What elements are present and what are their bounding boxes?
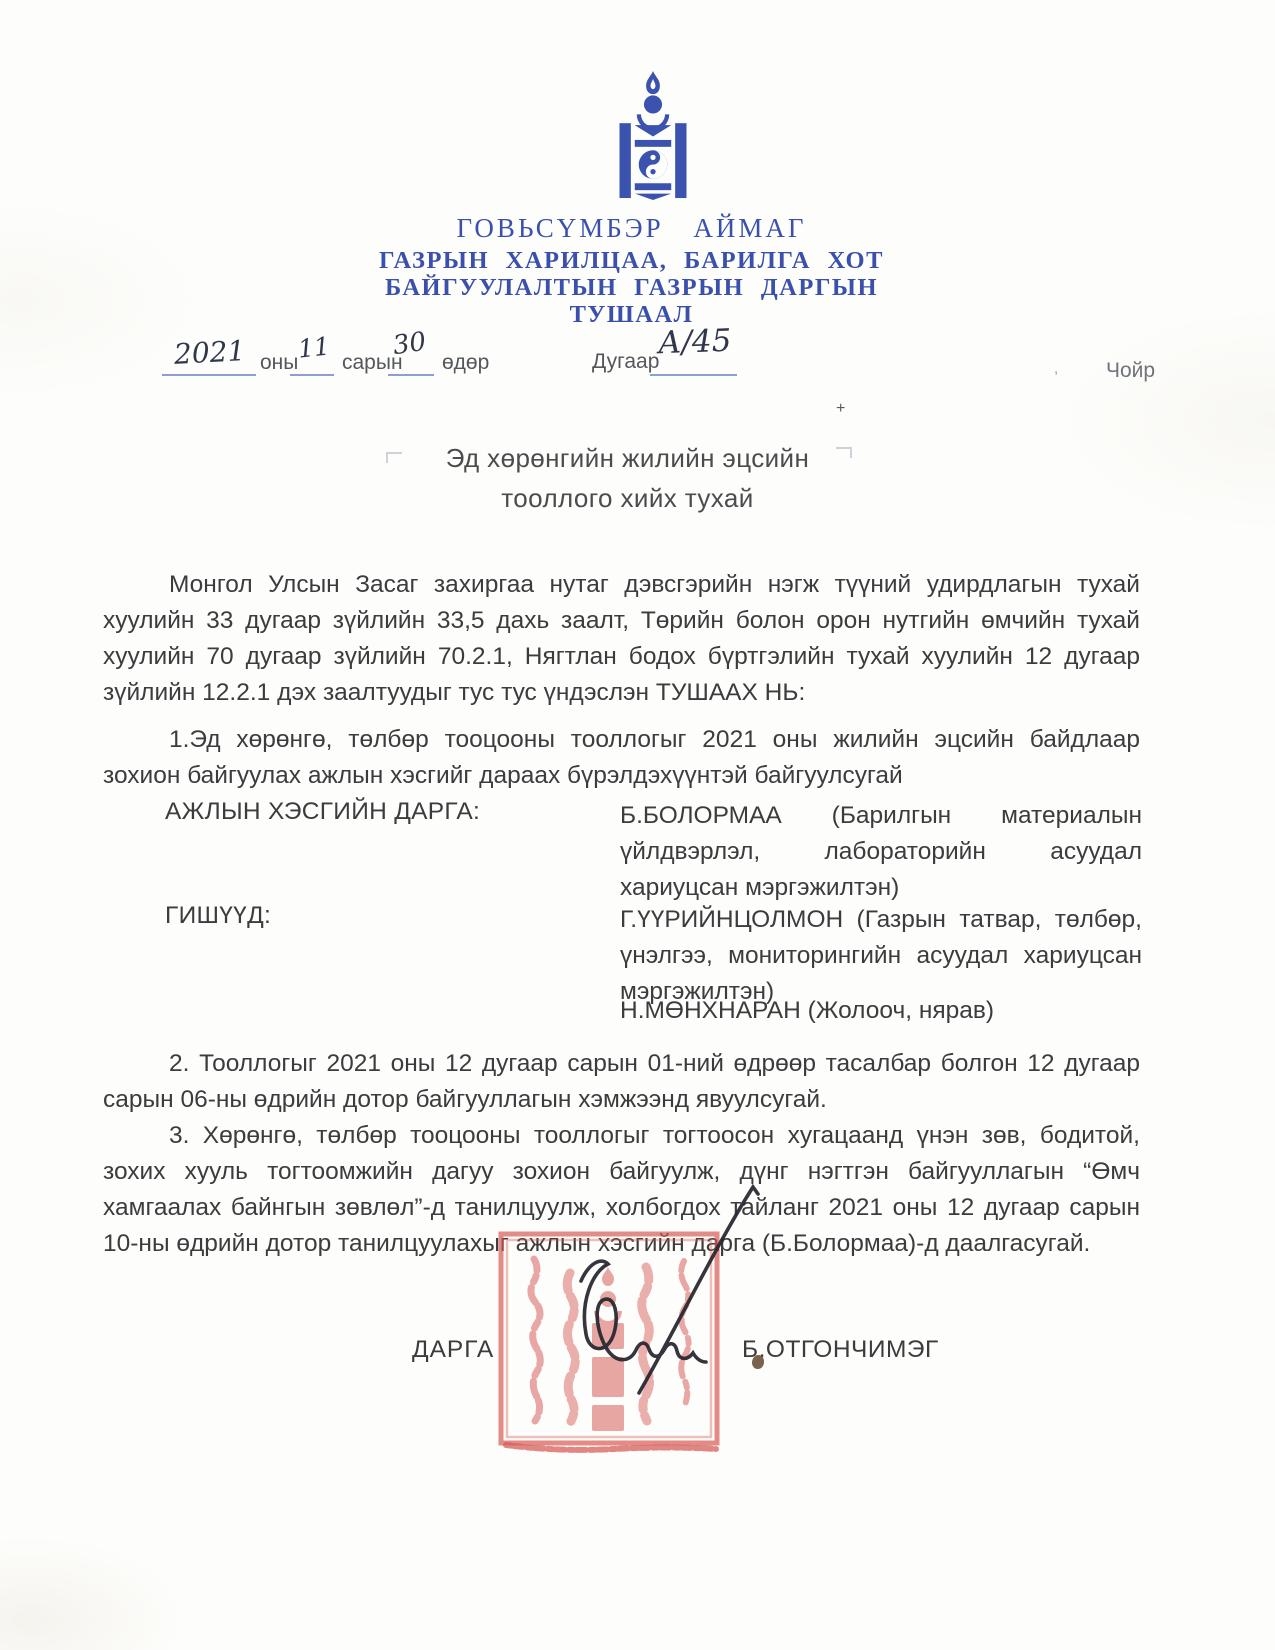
header-doc-type: ТУШААЛ [0,301,1269,329]
scan-speck [752,1355,764,1369]
role-label-chairman: АЖЛЫН ХЭСГИЙН ДАРГА: [165,798,480,826]
paragraph-preamble: Монгол Улсын Засаг захиргаа нутаг дэвсгэ… [103,567,1140,711]
header-province: ГОВЬСҮМБЭР АЙМАГ [0,213,1269,244]
header-org-line2: БАЙГУУЛАЛТЫН ГАЗРЫН ДАРГЫН [0,274,1269,302]
handwritten-month: 11 [297,331,332,363]
doc-title-line1: Эд хөрөнгийн жилийн эцсийн [0,443,1265,474]
number-underline [650,374,737,376]
role-label-members: ГИШҮҮД: [165,902,271,930]
role-value-member-2: Н.МӨНХНАРАН (Жолооч, нярав) [620,993,1142,1029]
signer-title: ДАРГА [412,1336,494,1364]
paragraph-clause-1: 1.Эд хөрөнгө, төлбөр тооцооны тооллогыг … [103,722,1140,794]
year-underline [162,374,256,376]
handwritten-number: А/45 [657,323,732,362]
role-value-chairman: Б.БОЛОРМАА (Барилгын материалын үйлдвэрл… [620,798,1142,906]
place-label: Чойр [1106,359,1155,383]
scan-speck: + [836,400,845,418]
day-label: өдөр [442,351,489,375]
signer-name: Б.ОТГОНЧИМЭГ [742,1336,939,1364]
doc-title-line2: тооллого хийх тухай [0,483,1265,514]
scan-speck: , [1054,360,1058,377]
handwritten-year: 2021 [173,334,246,371]
handwritten-day: 30 [391,327,428,361]
header-org-line1: ГАЗРЫН ХАРИЛЦАА, БАРИЛГА ХОТ [0,247,1269,275]
day-underline [388,374,434,376]
number-label: Дугаар [592,350,659,374]
month-underline [290,374,334,376]
soyombo-icon [617,70,689,200]
paragraph-clause-2: 2. Тооллогыг 2021 оны 12 дугаар сарын 01… [103,1046,1140,1118]
scanned-decree-page: ГОВЬСҮМБЭР АЙМАГ ГАЗРЫН ХАРИЛЦАА, БАРИЛГ… [0,0,1275,1650]
year-label: оны [260,351,298,375]
signature-scribble [535,1163,780,1408]
